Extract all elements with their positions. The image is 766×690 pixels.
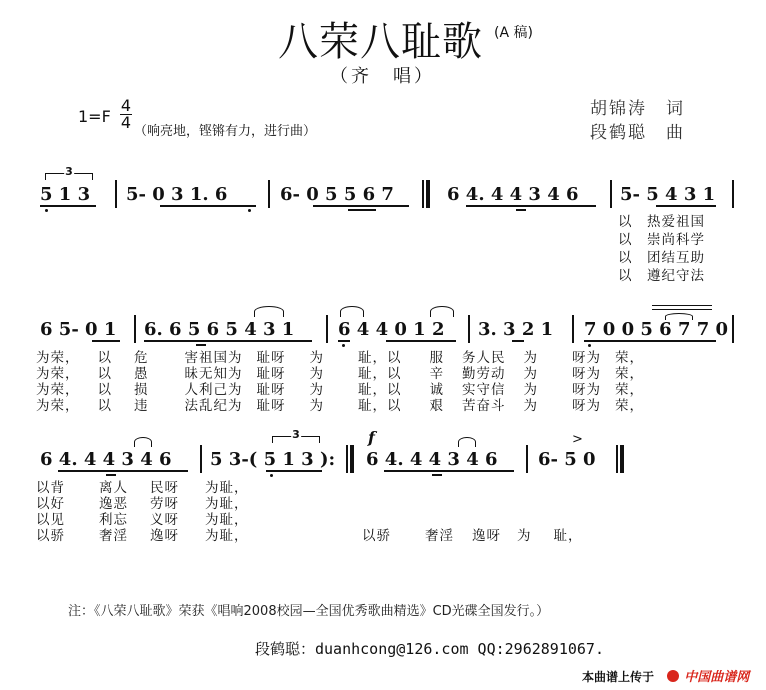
accent-mark: >: [572, 432, 583, 447]
lyricist-credit: 胡锦涛 词: [590, 94, 685, 119]
lyric-line: 以 崇尚科学: [618, 232, 705, 248]
contact-info: 段鹤聪：duanhcong@126.com QQ:2962891067.: [255, 638, 604, 659]
measure: 6- 5 0: [538, 449, 596, 470]
lyric-line: 以 团结互助: [618, 250, 705, 266]
lyric-verse-1: 以背离人民呀为耻，: [36, 480, 249, 496]
measure: 5- 5 4 3 1: [620, 184, 715, 205]
lyric-verse-4: 以骄奢淫逸呀为耻，: [36, 528, 249, 544]
lyric-verse-2: 以好逸恶劳呀为耻，: [36, 496, 249, 512]
key-signature: 1=F: [78, 107, 111, 126]
lyric-verse-3: 以见利忘义呀为耻，: [36, 512, 249, 528]
lyric-verse-3: 为荣，以损人利己为耻呀为耻，以诚实守信为呀为荣，: [36, 382, 644, 398]
draft-label: (A 稿): [494, 22, 533, 42]
measure: 5 3-( 5 1 3 ):: [210, 449, 335, 470]
song-title: 八荣八耻歌: [278, 10, 483, 67]
measure: 6 4. 4 4 3 4 6: [447, 184, 579, 205]
time-signature: 4 4: [120, 98, 132, 131]
upload-credit: 本曲谱上传于 中国曲谱网: [582, 666, 749, 685]
triplet-bracket: 3: [272, 436, 320, 443]
measure: 3. 3 2 1: [478, 319, 553, 340]
measure: 6- 0 5 5 6 7: [280, 184, 394, 205]
composer-credit: 段鹤聪 曲: [590, 118, 685, 143]
site-logo[interactable]: 中国曲谱网: [684, 670, 749, 685]
lyric-verse-4: 为荣，以违法乱纪为耻呀为耻，以艰苦奋斗为呀为荣，: [36, 398, 644, 414]
measure: 6 5- 0 1: [40, 319, 116, 340]
final-lyric: 以骄奢淫逸呀为耻，: [362, 528, 583, 544]
dynamic-forte: f: [368, 428, 375, 447]
triplet-bracket: 3: [45, 173, 93, 180]
measure: 5 1 3: [40, 184, 90, 205]
footnote: 注：《八荣八耻歌》荣获《唱响2008校园—全国优秀歌曲精选》CD光碟全国发行。）: [68, 600, 549, 619]
lyric-verse-1: 为荣，以危害祖国为耻呀为耻，以服务人民为呀为荣，: [36, 350, 644, 366]
lyric-verse-2: 为荣，以愚昧无知为耻呀为耻，以辛勤劳动为呀为荣，: [36, 366, 644, 382]
measure: 5- 0 3 1. 6: [126, 184, 227, 205]
tempo-marking: （响亮地，铿锵有力，进行曲）: [134, 120, 316, 139]
measure: 6 4 4 0 1 2: [338, 319, 444, 340]
lyric-line: 以 热爱祖国: [618, 214, 705, 230]
measure: 7 0 0 5 6 7 7 0: [584, 319, 728, 340]
measure: 6 4. 4 4 3 4 6: [40, 449, 172, 470]
lyric-line: 以 遵纪守法: [618, 268, 705, 284]
measure: 6. 6 5 6 5 4 3 1: [144, 319, 294, 340]
measure: 6 4. 4 4 3 4 6: [366, 449, 498, 470]
performance-type: （齐 唱）: [330, 62, 435, 88]
site-logo-icon: [667, 670, 679, 682]
